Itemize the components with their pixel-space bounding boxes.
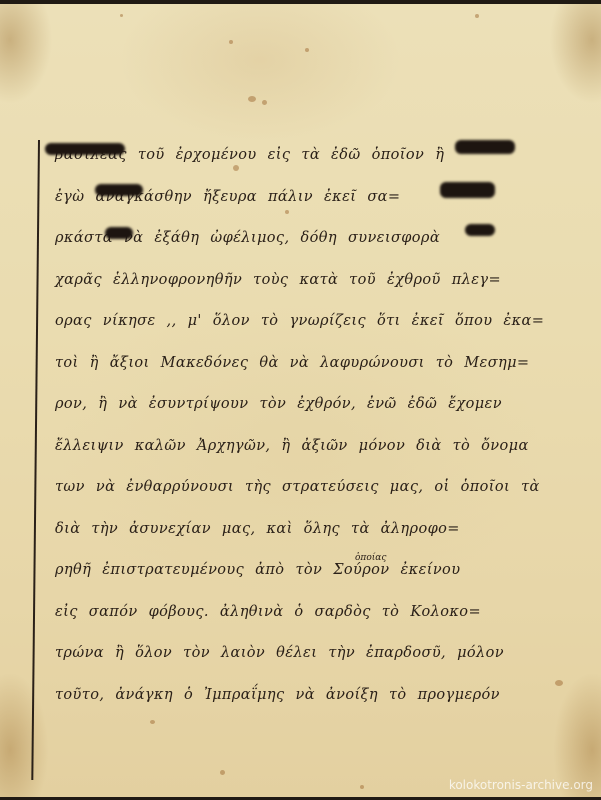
- ink-blot: [105, 227, 133, 239]
- text-line: ορας νίκησε ,, μ' ὅλον τὸ γνωρίζεις ὅτι …: [55, 301, 585, 343]
- text-line: των νὰ ἐνθαρρύνουσι τὴς στρατεύσεις μας,…: [55, 467, 585, 509]
- stain: [248, 96, 256, 102]
- stain: [305, 48, 309, 52]
- text-line: ρον, ἢ νὰ ἐσυντρίψουν τὸν ἐχθρόν, ἐνῶ ἐδ…: [55, 384, 585, 426]
- interlinear-note: ὁποίας: [355, 553, 386, 563]
- text-line: ἐγὼ ἀναγκάσθην ἤξευρα πάλιν ἐκεῖ σα=: [55, 177, 585, 219]
- ink-blot: [465, 224, 495, 236]
- stain: [220, 770, 225, 775]
- text-line: χαρᾶς ἑλληνοφρονηθῆν τοὺς κατὰ τοῦ ἐχθρο…: [55, 260, 585, 302]
- text-line: εἰς σαπόν φόβους. ἀληθινὰ ὁ σαρδὸς τὸ Κο…: [55, 592, 585, 634]
- text-line: τοὶ ἢ ἄξιοι Μακεδόνες θὰ νὰ λαφυρώνουσι …: [55, 343, 585, 385]
- ink-blot: [45, 143, 125, 155]
- text-line: διὰ τὴν ἀσυνεχίαν μας, καὶ ὅλης τὰ ἀληρο…: [55, 509, 585, 551]
- text-line: ρηθῆ ἐπιστρατευμένους ἀπὸ τὸν Σούρον ἐκε…: [55, 550, 585, 592]
- stain: [360, 785, 364, 789]
- margin-rule: [31, 140, 39, 780]
- stain: [262, 100, 267, 105]
- ink-blot: [95, 184, 143, 196]
- text-line: τοῦτο, ἀνάγκη ὁ Ἰμπραΐμης νὰ ἀνοίξη τὸ π…: [55, 675, 585, 717]
- ink-blot: [440, 182, 495, 198]
- page-top-edge: [0, 0, 601, 4]
- manuscript-text: βασιλέας τοῦ ἐρχομένου εἰς τὰ ἐδῶ ὁποῖον…: [55, 135, 585, 716]
- stain: [475, 14, 479, 18]
- text-line: ρκάστα νὰ ἐξάθη ὠφέλιμος, δόθη συνεισφορ…: [55, 218, 585, 260]
- stain: [150, 720, 155, 724]
- ink-blot: [455, 140, 515, 154]
- archive-watermark: kolokotronis-archive.org: [449, 778, 593, 792]
- stain: [229, 40, 233, 44]
- text-line: τρώνα ἢ ὅλον τὸν λαιὸν θέλει τὴν ἐπαρδοσ…: [55, 633, 585, 675]
- stain: [120, 14, 123, 17]
- text-line: ἔλλειψιν καλῶν Ἀρχηγῶν, ἢ ἀξιῶν μόνον δι…: [55, 426, 585, 468]
- manuscript-page: βασιλέας τοῦ ἐρχομένου εἰς τὰ ἐδῶ ὁποῖον…: [0, 0, 601, 800]
